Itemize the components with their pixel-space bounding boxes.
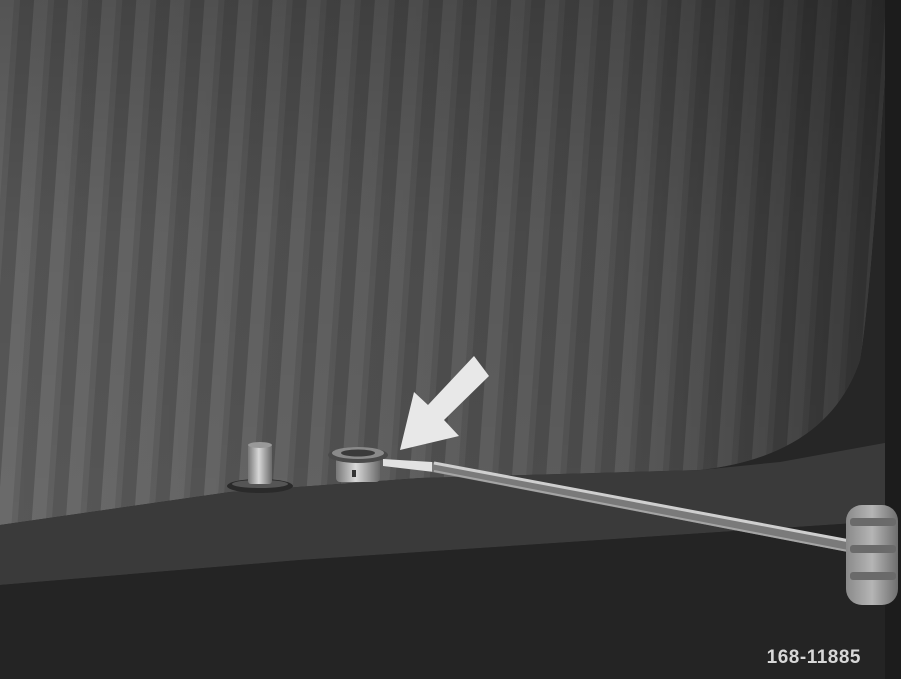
screwdriver-handle [846,505,898,605]
figure-number: 168-11885 [767,647,861,669]
seat-fastener [328,447,388,482]
photo-scene [0,0,901,679]
manual-photo: 168-11885 [0,0,901,679]
seat-cushion [0,0,890,525]
